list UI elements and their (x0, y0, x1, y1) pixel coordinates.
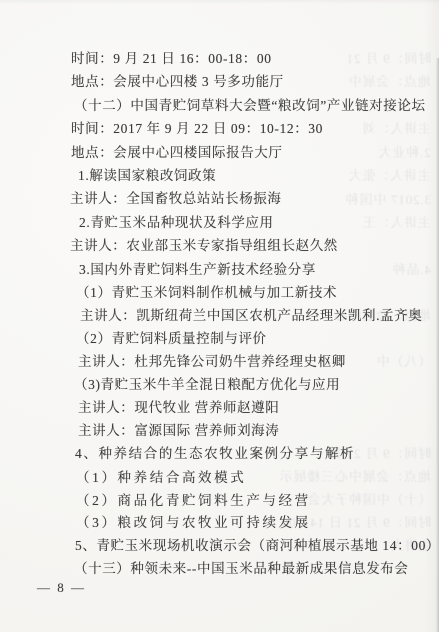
agenda-item-5: 5、青贮玉米现场机收演示会（商河种植展示基地 14：00） (75, 534, 439, 554)
bleedthrough-line: 2.种业大 (378, 142, 431, 161)
bleedthrough-line: 时间：9 月 21 (346, 48, 431, 67)
session-12-title: （十二）中国青贮饲草料大会暨“粮改饲”产业链对接论坛 (74, 94, 426, 114)
sub-item-3: （3)青贮玉米牛羊全混日粮配方优化与应用 (74, 373, 340, 393)
speaker-line: 主讲人：全国畜牧总站站长杨振海 (70, 187, 282, 207)
session-location: 地点：会展中心四楼国际报告大厅 (71, 141, 283, 161)
page-number: — 8 — (37, 580, 86, 596)
sub-item-3: （3）粮改饲与农牧业可持续发展 (76, 511, 311, 531)
bleedthrough-line: 4.品种 (392, 259, 431, 278)
speaker-line: 主讲人：农业部玉米专家指导组组长赵久然 (70, 234, 338, 254)
bleedthrough-line: 主讲人：张大 (348, 165, 431, 184)
sub-item-2: （2）商品化青贮饲料生产与经营 (76, 489, 311, 509)
agenda-item-3: 3.国内外青贮饲料生产新技术经验分享 (79, 258, 316, 278)
bleedthrough-line: 地点：会展中 (348, 71, 431, 90)
bleedthrough-line: 主讲人：王 (362, 212, 431, 231)
speaker-line: 主讲人：凯斯纽荷兰中国区农机产品经理米凯利.孟齐奥 (80, 304, 422, 324)
sub-item-2: （2）青贮饲料质量控制与评价 (76, 327, 267, 347)
session-time: 时间：2017 年 9 月 22 日 09：10-12：30 (71, 117, 323, 137)
speaker-line: 主讲人：杜邦先锋公司奶牛营养经理史枢卿 (78, 350, 346, 370)
session-time: 时间：9 月 21 日 16：00-18：00 (71, 47, 272, 67)
scanned-document-page: { "page": { "background_color": "#f6f5f2… (0, 0, 439, 632)
agenda-item-1: 1.解读国家粮改饲政策 (78, 164, 216, 184)
sub-item-1: （1）青贮玉米饲料制作机械与加工新技术 (76, 281, 337, 301)
bleedthrough-line: 3.2017 中国种 (345, 189, 431, 208)
bleedthrough-line: 主讲人：刘 (362, 118, 431, 137)
agenda-item-2: 2.青贮玉米品种现状及科学应用 (79, 211, 274, 231)
agenda-item-4: 4、种养结合的生态农牧业案例分享与解析 (75, 442, 355, 462)
speaker-line: 主讲人：富源国际 营养师刘海涛 (78, 419, 279, 439)
bleedthrough-line: 地点：会展中心三楼展示 (279, 466, 431, 485)
bleedthrough-line: （八）中 (376, 351, 431, 370)
sub-item-1: （1）种养结合高效模式 (76, 466, 246, 486)
speaker-line: 主讲人：现代牧业 营养师赵遵阳 (78, 396, 279, 416)
bleedthrough-line: （十）中国种子大会 (307, 489, 431, 508)
session-13-title: （十三）种领未来--中国玉米品种最新成果信息发布会 (74, 557, 409, 577)
session-location: 地点：会展中心四楼 3 号多功能厅 (71, 70, 284, 90)
